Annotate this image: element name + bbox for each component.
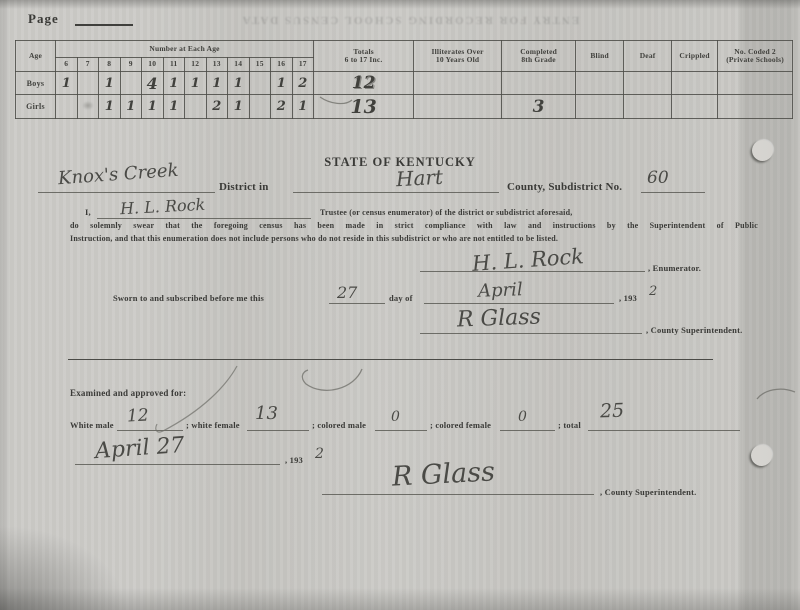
punch-hole-bottom [751, 445, 772, 466]
girls-age-7-smudge-mark [77, 95, 99, 119]
enumerator-name-handwritten: H. L. Rock [120, 195, 206, 218]
scanned-census-document: { "page": { "label": "Page" }, "ghost_te… [0, 0, 800, 610]
col-header-no-coded: No. Coded 2 (Private Schools) [718, 41, 793, 72]
girls-age-10: 1 [142, 95, 164, 119]
oath-line3: Instruction, and that this enumeration d… [70, 234, 758, 243]
white-male-blank [117, 430, 183, 431]
age-col-15: 15 [249, 58, 271, 72]
girls-age-9: 1 [120, 95, 142, 119]
girls-age-12 [185, 95, 207, 119]
colored-male-blank [375, 430, 427, 431]
boys-no-coded [718, 72, 793, 95]
county-subdistrict-label: County, Subdistrict No. [507, 181, 622, 193]
girls-age-8: 1 [99, 95, 121, 119]
boys-deaf [624, 72, 672, 95]
girls-age-17: 1 [292, 95, 314, 119]
boys-age-15 [249, 72, 271, 95]
sworn-prefix: Sworn to and subscribed before me this [113, 293, 264, 303]
subdistrict-blank-line [641, 192, 705, 193]
table-row-boys: Boys 1 1 4 1 1 1 1 1 2 12 [16, 72, 793, 95]
totals-line2: 6 to 17 Inc. [314, 56, 413, 65]
county-superintendent-signature-2: R Glass [391, 456, 495, 492]
total-label: ; total [558, 420, 581, 430]
day-blank-line [329, 303, 385, 304]
county-superintendent-line-2 [322, 494, 594, 495]
girls-age-14: 1 [228, 95, 250, 119]
boys-age-17: 2 [292, 72, 314, 95]
county-superintendent-line-1 [420, 333, 642, 334]
age-col-11: 11 [163, 58, 185, 72]
table-row-girls: Girls 1 1 1 1 2 1 2 1 13 3 [16, 95, 793, 119]
boys-total: 12 [314, 72, 414, 95]
girls-age-13: 2 [206, 95, 228, 119]
county-name-handwritten: Hart [395, 165, 443, 191]
approval-date-line [75, 464, 280, 465]
page-label: Page [28, 11, 59, 27]
section-divider [68, 359, 713, 360]
girls-age-15 [249, 95, 271, 119]
row-label-boys: Boys [16, 72, 56, 95]
boys-age-10: 4 [142, 72, 164, 95]
day-of-label: day of [389, 293, 413, 303]
punch-hole-top [752, 140, 773, 161]
col-header-number-at-each-age: Number at Each Age [56, 41, 314, 58]
district-in-label: District in [219, 181, 269, 193]
year-printed-prefix: , 193 [619, 293, 637, 303]
boys-age-8: 1 [99, 72, 121, 95]
age-col-17: 17 [292, 58, 314, 72]
girls-no-coded [718, 95, 793, 119]
boys-illiterates [414, 72, 502, 95]
approval-year-handwritten: 2 [315, 446, 324, 462]
col-header-illiterates: Illiterates Over 10 Years Old [414, 41, 502, 72]
no-coded-line2: (Private Schools) [718, 56, 792, 65]
county-blank-line [293, 192, 499, 193]
completed-line2: 8th Grade [502, 56, 575, 65]
age-col-14: 14 [228, 58, 250, 72]
col-header-deaf: Deaf [624, 41, 672, 72]
total-blank [588, 430, 740, 431]
col-header-totals: Totals 6 to 17 Inc. [314, 41, 414, 72]
day-handwritten: 27 [337, 283, 357, 302]
boys-age-13: 1 [206, 72, 228, 95]
county-superintendent-label-2: , County Superintendent. [600, 487, 696, 497]
boys-age-16: 1 [271, 72, 293, 95]
boys-crippled [672, 72, 718, 95]
colored-female-blank [500, 430, 555, 431]
month-blank-line [424, 303, 614, 304]
boys-age-6: 1 [56, 72, 78, 95]
enumerator-label: , Enumerator. [648, 263, 701, 273]
girls-crippled [672, 95, 718, 119]
girls-deaf [624, 95, 672, 119]
oath-i-label: I, [85, 207, 91, 217]
enumerator-signature-line [420, 271, 645, 272]
approval-year-prefix: , 193 [285, 455, 303, 465]
colored-female-label: ; colored female [430, 420, 491, 430]
age-col-7: 7 [77, 58, 99, 72]
oath-line1: Trustee (or census enumerator) of the di… [320, 208, 760, 217]
boys-age-14: 1 [228, 72, 250, 95]
boys-age-9 [120, 72, 142, 95]
enumerator-name-blank [97, 218, 311, 219]
oath-line2: do solemnly swear that the foregoing cen… [70, 221, 758, 230]
age-col-13: 13 [206, 58, 228, 72]
bleed-through-ghost-text: ENTRY FOR RECORDING SCHOOL CENSUS DATA [165, 14, 655, 26]
col-header-age: Age [16, 41, 56, 72]
age-col-12: 12 [185, 58, 207, 72]
total-value: 25 [600, 400, 625, 423]
white-female-value: 13 [255, 403, 278, 424]
col-header-completed-8th: Completed 8th Grade [502, 41, 576, 72]
age-col-10: 10 [142, 58, 164, 72]
row-label-girls: Girls [16, 95, 56, 119]
girls-blind [576, 95, 624, 119]
illiterates-line2: 10 Years Old [414, 56, 501, 65]
col-header-blind: Blind [576, 41, 624, 72]
county-superintendent-label-1: , County Superintendent. [646, 325, 742, 335]
approval-date-handwritten: April 27 [94, 433, 185, 464]
boys-age-12: 1 [185, 72, 207, 95]
month-handwritten: April [478, 279, 523, 302]
white-male-label: White male [70, 420, 114, 430]
col-header-crippled: Crippled [672, 41, 718, 72]
girls-age-16: 2 [271, 95, 293, 119]
girls-total: 13 [314, 95, 414, 119]
white-male-value: 12 [126, 405, 149, 426]
county-superintendent-signature-1: R Glass [457, 305, 542, 333]
boys-age-7 [77, 72, 99, 95]
age-col-8: 8 [99, 58, 121, 72]
approval-heading: Examined and approved for: [70, 388, 186, 398]
age-col-16: 16 [271, 58, 293, 72]
white-female-label: ; white female [186, 420, 240, 430]
page-number-blank [75, 24, 133, 26]
white-female-blank [247, 430, 309, 431]
girls-age-6 [56, 95, 78, 119]
colored-male-label: ; colored male [312, 420, 366, 430]
colored-male-value: 0 [391, 409, 400, 425]
subdistrict-number-handwritten: 60 [647, 168, 669, 188]
girls-illiterates [414, 95, 502, 119]
boys-blind [576, 72, 624, 95]
girls-age-11: 1 [163, 95, 185, 119]
boys-completed-8th [502, 72, 576, 95]
census-table: Age Number at Each Age Totals 6 to 17 In… [15, 40, 793, 119]
age-col-6: 6 [56, 58, 78, 72]
girls-completed-8th: 3 [502, 95, 576, 119]
year-handwritten: 2 [649, 284, 657, 299]
district-blank-line [38, 192, 215, 193]
colored-female-value: 0 [518, 409, 527, 425]
age-col-9: 9 [120, 58, 142, 72]
boys-age-11: 1 [163, 72, 185, 95]
